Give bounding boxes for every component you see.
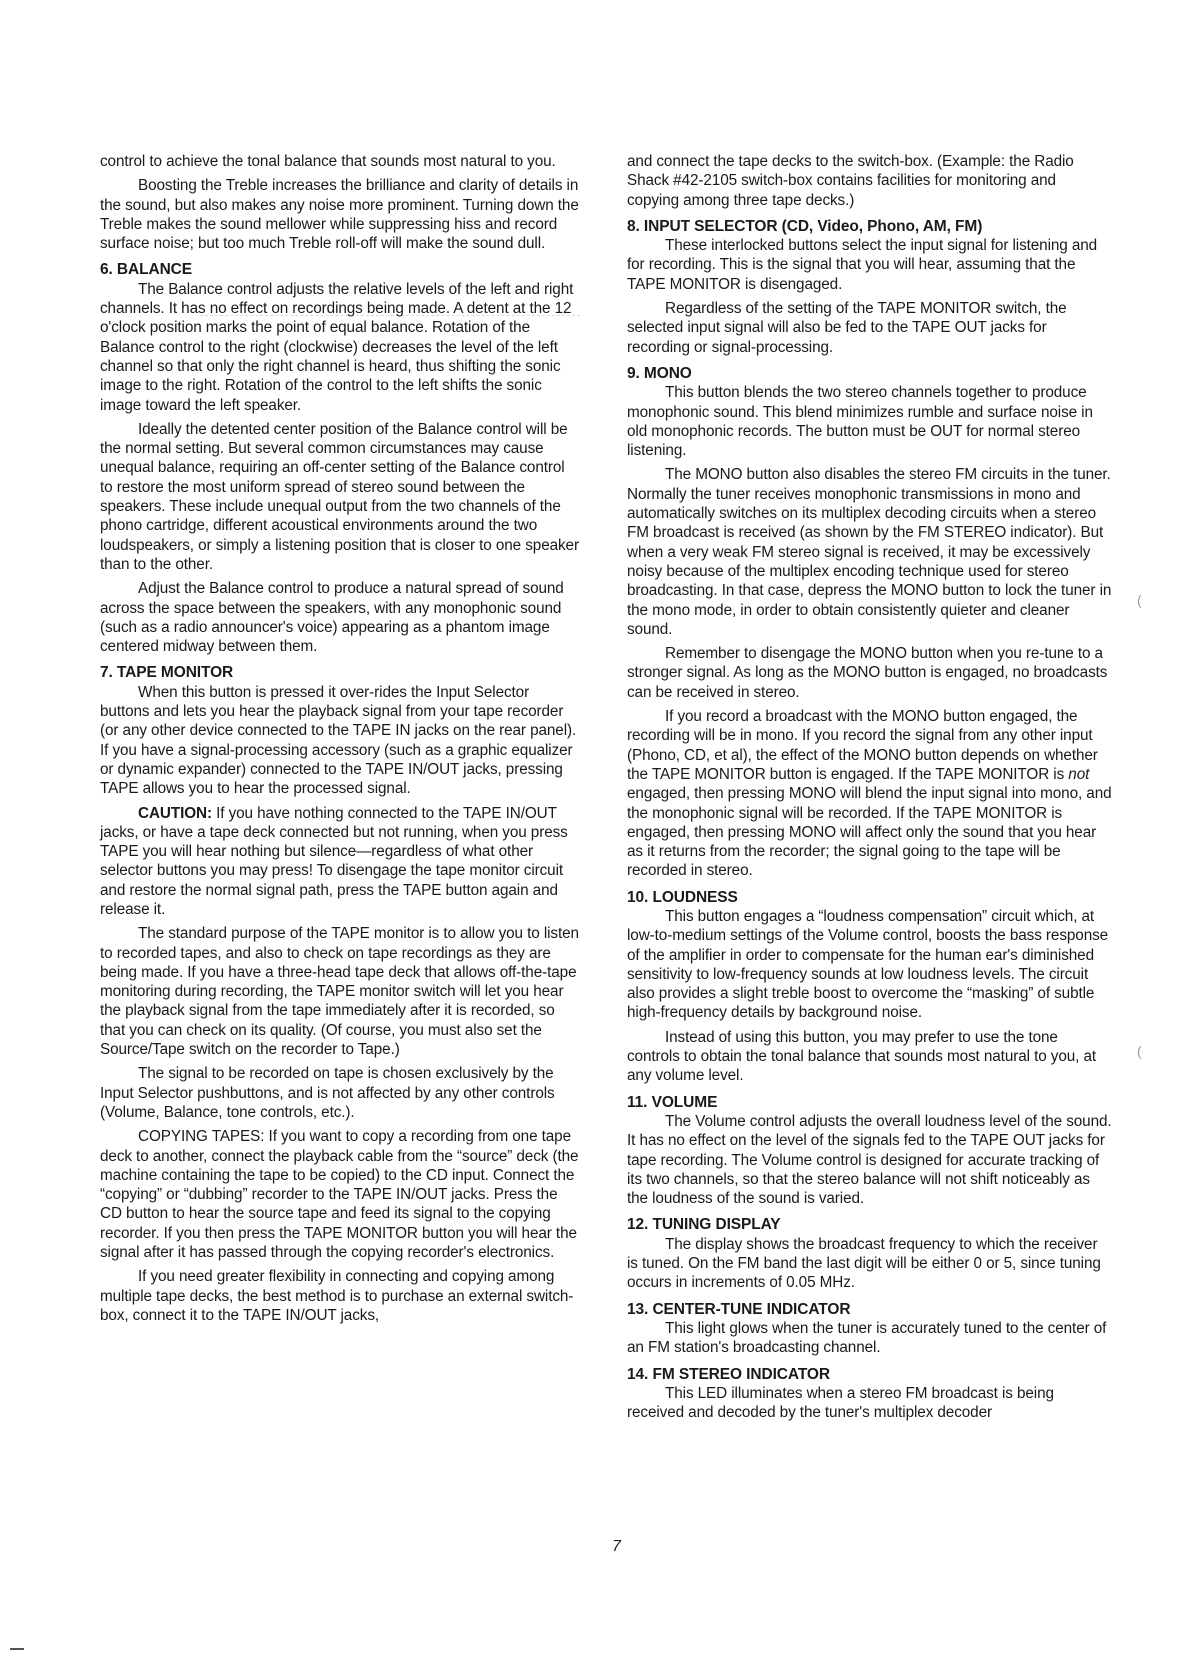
section-heading: 8. INPUT SELECTOR (CD, Video, Phono, AM,… [627, 217, 1112, 236]
left-column: control to achieve the tonal balance tha… [100, 152, 580, 1330]
section-loudness: 10. LOUDNESS This button engages a “loud… [627, 888, 1112, 1086]
section-paragraph: The MONO button also disables the stereo… [627, 465, 1112, 639]
section-paragraph: These interlocked buttons select the inp… [627, 236, 1112, 294]
section-heading: 9. MONO [627, 364, 1112, 383]
section-tuning-display: 12. TUNING DISPLAY The display shows the… [627, 1215, 1112, 1292]
section-paragraph: The Volume control adjusts the overall l… [627, 1112, 1112, 1208]
section-input-selector: 8. INPUT SELECTOR (CD, Video, Phono, AM,… [627, 217, 1112, 357]
intro-paragraph: control to achieve the tonal balance tha… [100, 152, 580, 171]
section-paragraph: The Balance control adjusts the relative… [100, 280, 580, 415]
section-paragraph: COPYING TAPES: If you want to copy a rec… [100, 1127, 580, 1262]
section-volume: 11. VOLUME The Volume control adjusts th… [627, 1093, 1112, 1209]
section-mono: 9. MONO This button blends the two stere… [627, 364, 1112, 881]
caution-paragraph: CAUTION: If you have nothing connected t… [100, 804, 580, 920]
section-paragraph: Instead of using this button, you may pr… [627, 1028, 1112, 1086]
section-paragraph: This light glows when the tuner is accur… [627, 1319, 1112, 1358]
emphasis-text: not [1068, 766, 1089, 783]
page-number: 7 [612, 1538, 621, 1556]
section-tape-monitor: 7. TAPE MONITOR When this button is pres… [100, 663, 580, 1325]
margin-mark: ( [1137, 1043, 1142, 1059]
section-heading: 12. TUNING DISPLAY [627, 1215, 1112, 1234]
section-center-tune: 13. CENTER-TUNE INDICATOR This light glo… [627, 1300, 1112, 1358]
section-heading: 13. CENTER-TUNE INDICATOR [627, 1300, 1112, 1319]
section-paragraph: If you record a broadcast with the MONO … [627, 707, 1112, 881]
section-paragraph: This button engages a “loudness compensa… [627, 907, 1112, 1023]
intro-paragraph: Boosting the Treble increases the brilli… [100, 176, 580, 253]
section-paragraph: The standard purpose of the TAPE monitor… [100, 924, 580, 1059]
section-heading: 6. BALANCE [100, 260, 580, 279]
section-paragraph: Remember to disengage the MONO button wh… [627, 644, 1112, 702]
right-column: and connect the tape decks to the switch… [627, 152, 1112, 1427]
section-paragraph: Regardless of the setting of the TAPE MO… [627, 299, 1112, 357]
section-paragraph: Ideally the detented center position of … [100, 420, 580, 574]
section-fm-stereo: 14. FM STEREO INDICATOR This LED illumin… [627, 1365, 1112, 1423]
section-paragraph: This button blends the two stereo channe… [627, 383, 1112, 460]
section-heading: 11. VOLUME [627, 1093, 1112, 1112]
margin-mark: ( [1137, 592, 1142, 608]
section-heading: 14. FM STEREO INDICATOR [627, 1365, 1112, 1384]
section-paragraph: If you need greater flexibility in conne… [100, 1267, 580, 1325]
text-run: engaged, then pressing MONO will blend t… [627, 785, 1112, 879]
text-run: If you record a broadcast with the MONO … [627, 708, 1098, 783]
section-paragraph: This LED illuminates when a stereo FM br… [627, 1384, 1112, 1423]
section-paragraph: The display shows the broadcast frequenc… [627, 1235, 1112, 1293]
section-heading: 10. LOUDNESS [627, 888, 1112, 907]
section-paragraph: When this button is pressed it over-ride… [100, 683, 580, 799]
caution-label: CAUTION: [138, 805, 212, 822]
section-paragraph: Adjust the Balance control to produce a … [100, 579, 580, 656]
scan-corner-mark [10, 1648, 24, 1650]
section-paragraph: The signal to be recorded on tape is cho… [100, 1064, 580, 1122]
intro-paragraph: and connect the tape decks to the switch… [627, 152, 1112, 210]
section-balance: 6. BALANCE The Balance control adjusts t… [100, 260, 580, 656]
section-heading: 7. TAPE MONITOR [100, 663, 580, 682]
manual-page: control to achieve the tonal balance tha… [0, 0, 1190, 1680]
